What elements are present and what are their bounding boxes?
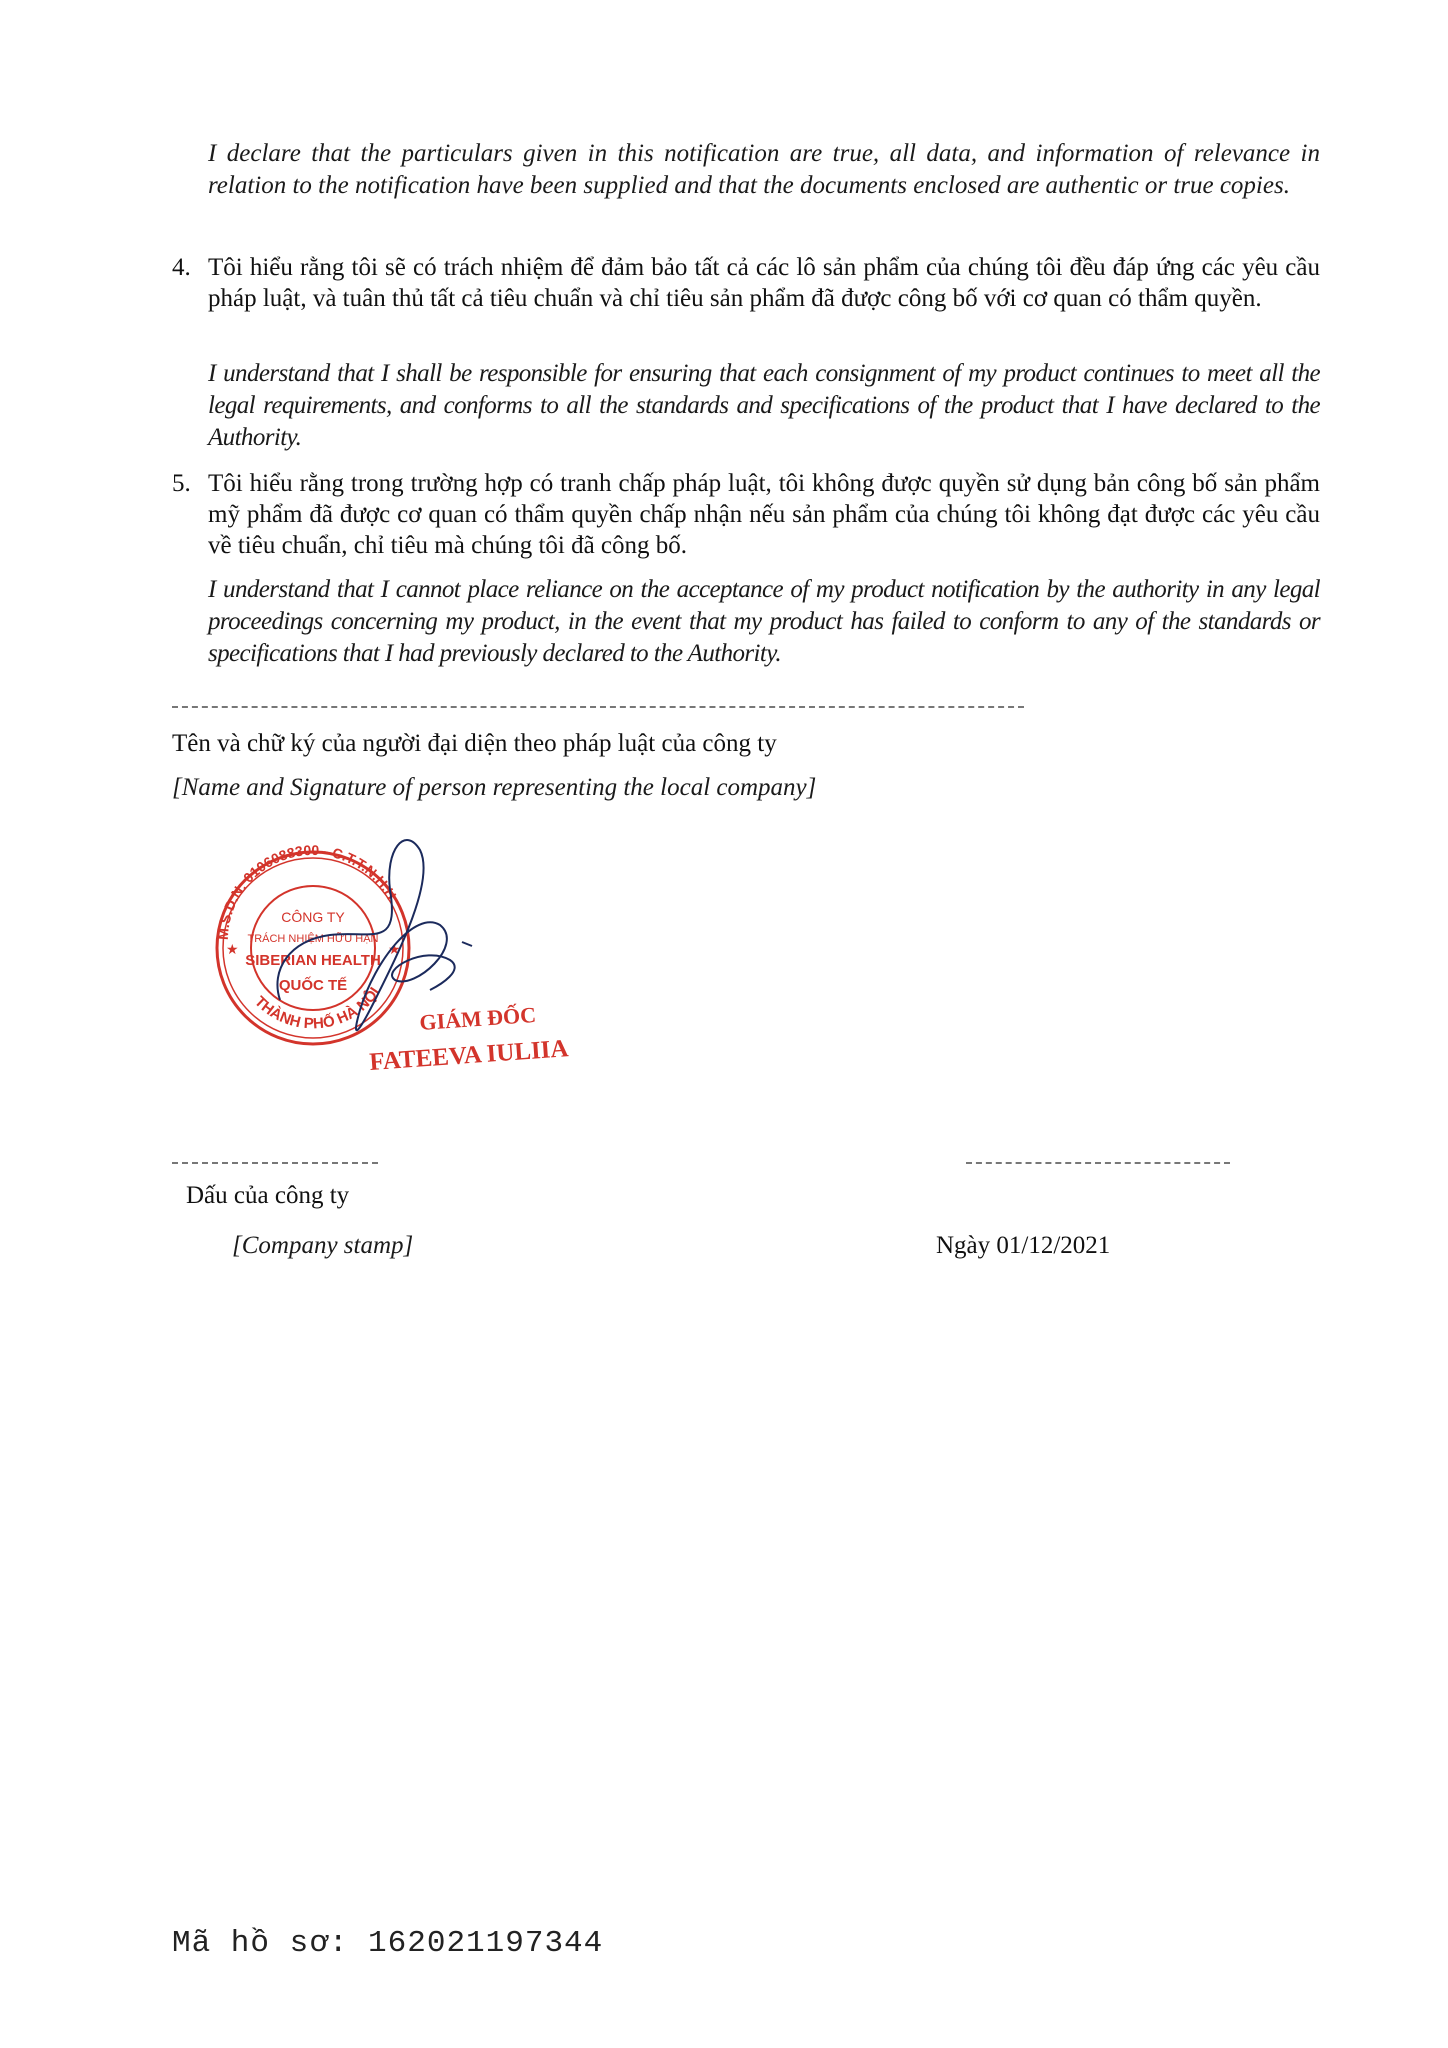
item-number-5: 5. xyxy=(172,468,191,499)
stamp-line xyxy=(172,1162,378,1164)
signature-line xyxy=(172,706,1024,708)
svg-text:M.S.D.N: 0106088300 - C.T.T.N.: M.S.D.N: 0106088300 - C.T.T.N.H.H xyxy=(215,842,400,940)
item-4-english: I understand that I shall be responsible… xyxy=(208,358,1320,454)
date-text: Ngày 01/12/2021 xyxy=(936,1230,1110,1261)
seal-ring-top: M.S.D.N: 0106088300 - C.T.T.N.H.H xyxy=(215,842,400,940)
svg-text:★: ★ xyxy=(226,943,239,958)
seal-line-1: CÔNG TY xyxy=(281,909,345,925)
item-number-4: 4. xyxy=(172,252,191,283)
signature-label-english: [Name and Signature of person representi… xyxy=(172,772,816,804)
seal-line-4: QUỐC TẾ xyxy=(279,976,347,994)
seal-line-3: SIBERIAN HEALTH xyxy=(245,952,381,969)
record-code: Mã hồ sơ: 162021197344 xyxy=(172,1926,603,1961)
director-title: GIÁM ĐỐC xyxy=(419,1002,537,1035)
item-4-vietnamese: Tôi hiểu rằng tôi sẽ có trách nhiệm để đ… xyxy=(208,252,1320,314)
item-5-english: I understand that I cannot place relianc… xyxy=(208,574,1320,670)
company-stamp-label-vietnamese: Dấu của công ty xyxy=(186,1180,349,1211)
declaration-english: I declare that the particulars given in … xyxy=(208,138,1320,202)
company-seal-and-signature: M.S.D.N: 0106088300 - C.T.T.N.H.H THÀNH … xyxy=(200,830,620,1100)
director-name: FATEEVA IULIIA xyxy=(369,1035,570,1076)
signature-label-vietnamese: Tên và chữ ký của người đại diện theo ph… xyxy=(172,728,777,759)
company-seal: M.S.D.N: 0106088300 - C.T.T.N.H.H THÀNH … xyxy=(200,830,620,1100)
company-stamp-label-english: [Company stamp] xyxy=(232,1230,413,1262)
item-5-vietnamese: Tôi hiểu rằng trong trường hợp có tranh … xyxy=(208,468,1320,561)
date-line xyxy=(966,1162,1230,1164)
